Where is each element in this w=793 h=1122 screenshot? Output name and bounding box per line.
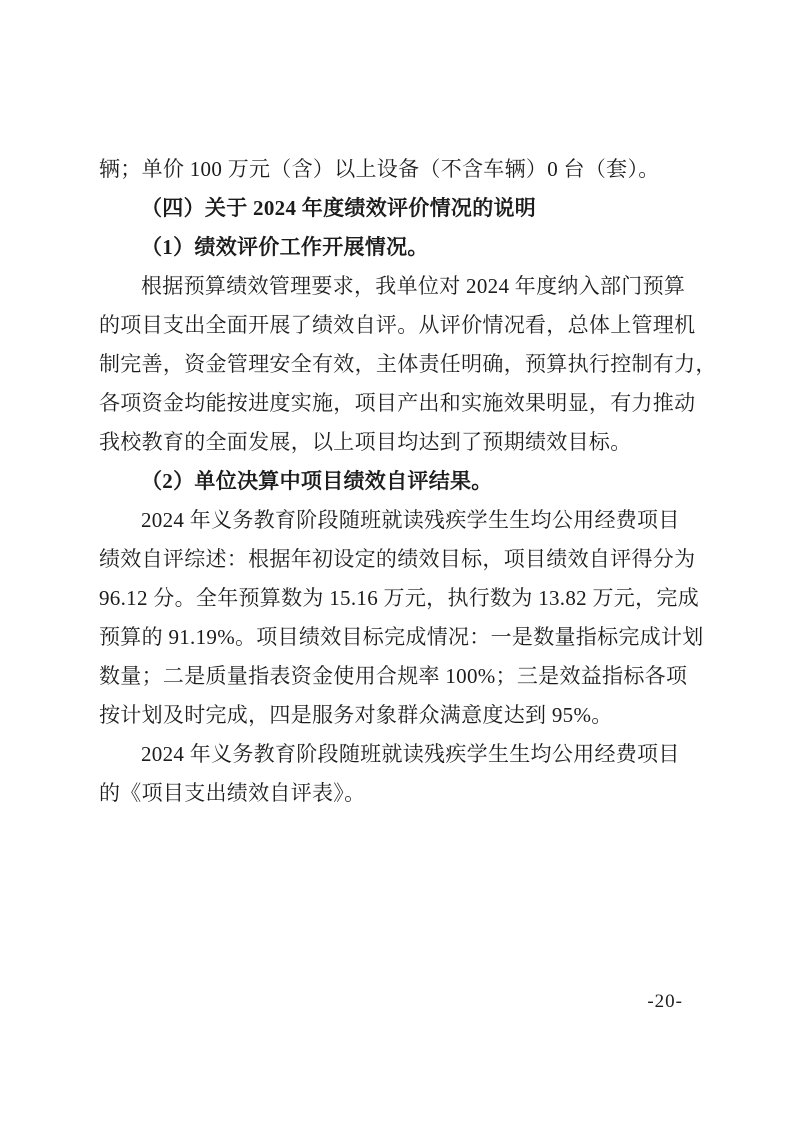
page-number: -20- (647, 990, 683, 1014)
text-line: 的项目支出全面开展了绩效自评。从评价情况看，总体上管理机 (99, 306, 699, 345)
section-heading: （1）绩效评价工作开展情况。 (99, 228, 699, 267)
text-line: 预算的 91.19%。项目绩效目标完成情况：一是数量指标完成计划 (99, 618, 699, 657)
text-line: 数量；二是质量指表资金使用合规率 100%；三是效益指标各项 (99, 657, 699, 696)
text-line: 按计划及时完成，四是服务对象群众满意度达到 95%。 (99, 696, 699, 735)
text-line: 辆；单价 100 万元（含）以上设备（不含车辆）0 台（套）。 (99, 150, 699, 189)
text-line: 各项资金均能按进度实施，项目产出和实施效果明显，有力推动 (99, 384, 699, 423)
document-body: 辆；单价 100 万元（含）以上设备（不含车辆）0 台（套）。（四）关于 202… (99, 150, 699, 813)
text-line: 绩效自评综述：根据年初设定的绩效目标，项目绩效自评得分为 (99, 540, 699, 579)
document-page: 辆；单价 100 万元（含）以上设备（不含车辆）0 台（套）。（四）关于 202… (0, 0, 793, 1122)
text-line: 我校教育的全面发展，以上项目均达到了预期绩效目标。 (99, 423, 699, 462)
text-line: 制完善，资金管理安全有效，主体责任明确，预算执行控制有力， (99, 345, 699, 384)
text-line: 2024 年义务教育阶段随班就读残疾学生生均公用经费项目 (99, 501, 699, 540)
text-line: 96.12 分。全年预算数为 15.16 万元，执行数为 13.82 万元，完成 (99, 579, 699, 618)
text-line: 的《项目支出绩效自评表》。 (99, 774, 699, 813)
section-heading: （2）单位决算中项目绩效自评结果。 (99, 462, 699, 501)
section-heading: （四）关于 2024 年度绩效评价情况的说明 (99, 189, 699, 228)
text-line: 根据预算绩效管理要求，我单位对 2024 年度纳入部门预算 (99, 267, 699, 306)
text-line: 2024 年义务教育阶段随班就读残疾学生生均公用经费项目 (99, 735, 699, 774)
